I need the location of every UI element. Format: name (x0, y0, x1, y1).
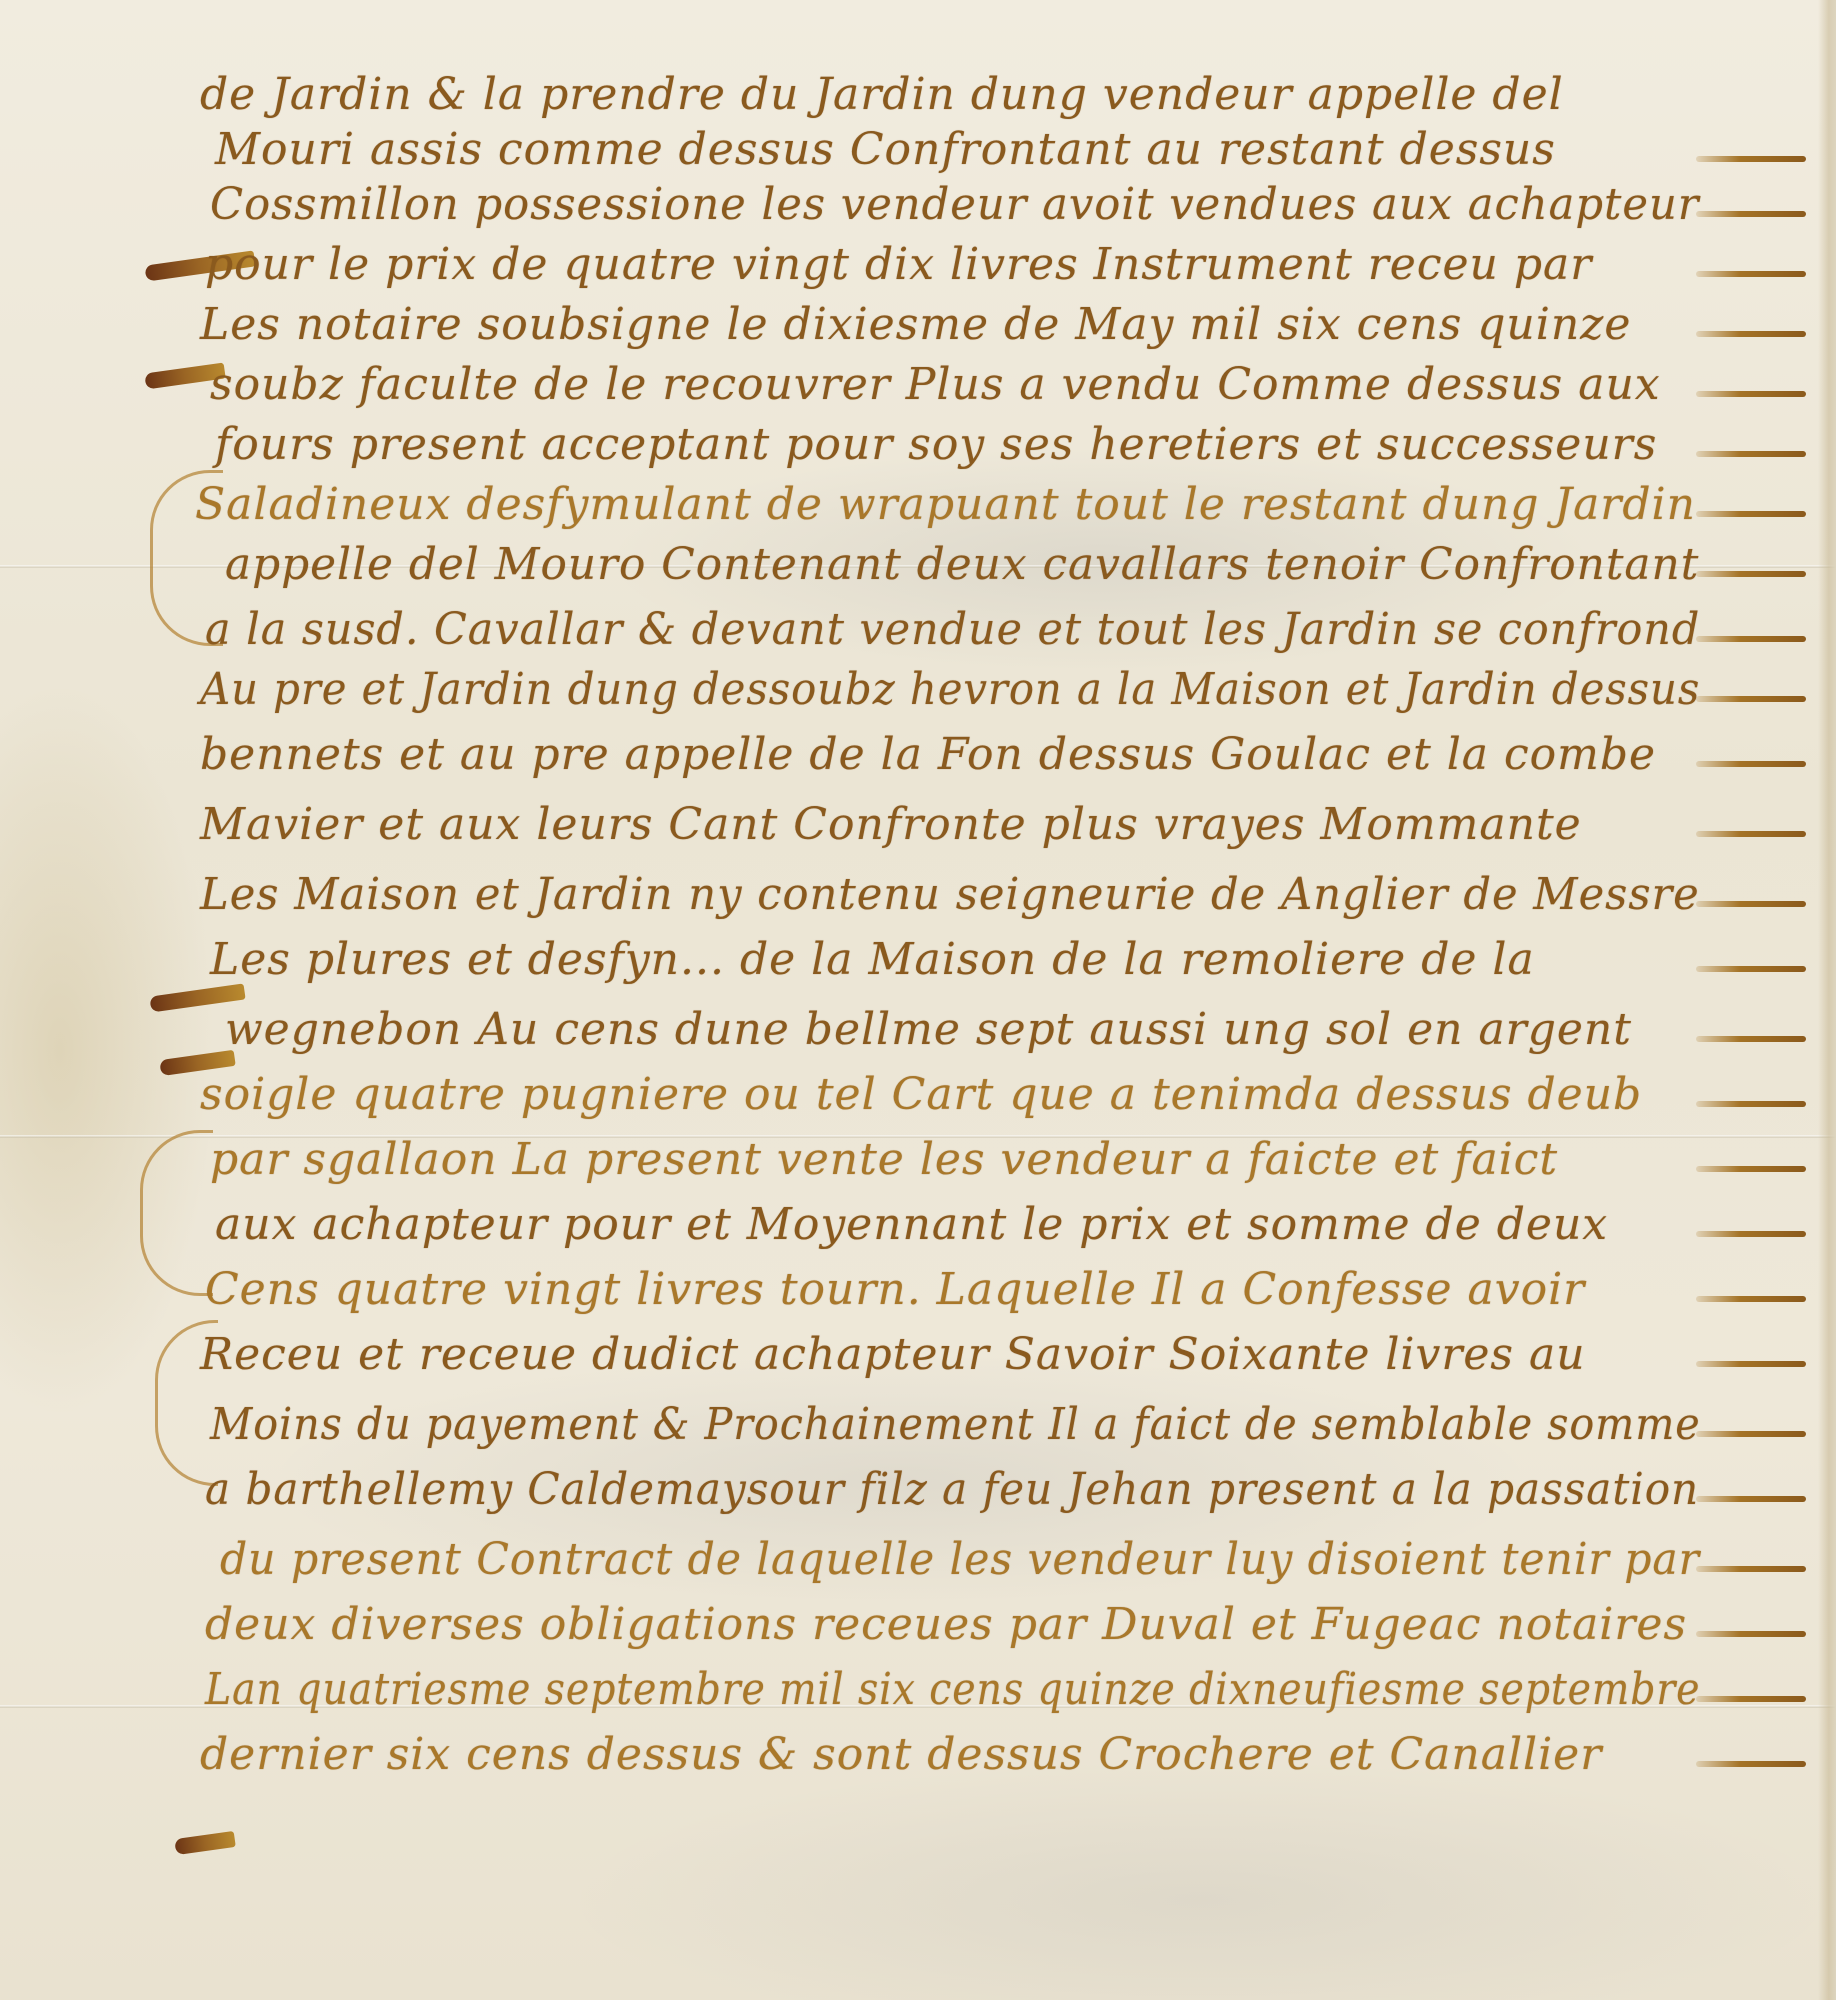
line-filler-stroke (1696, 1296, 1806, 1302)
line-filler-stroke (1696, 966, 1806, 972)
manuscript-line: Receu et receue dudict achapteur Savoir … (0, 1325, 1836, 1385)
manuscript-line: a la susd. Cavallar & devant vendue et t… (0, 600, 1836, 660)
manuscript-line: Au pre et Jardin dung dessoubz hevron a … (0, 660, 1836, 720)
line-text: Cens quatre vingt livres tourn. Laquelle… (205, 1260, 1585, 1320)
line-filler-stroke (1696, 1496, 1806, 1502)
line-text: Cossmillon possessione les vendeur avoit… (210, 175, 1699, 235)
line-filler-stroke (1696, 511, 1806, 517)
line-filler-stroke (1696, 1101, 1806, 1107)
line-text: Saladineux desfymulant de wrapuant tout … (195, 475, 1696, 535)
line-filler-stroke (1696, 1166, 1806, 1172)
line-filler-stroke (1696, 1696, 1806, 1702)
line-filler-stroke (1696, 1036, 1806, 1042)
manuscript-line: Mouri assis comme dessus Confrontant au … (0, 120, 1836, 180)
manuscript-line: a barthellemy Caldemaysour filz a feu Je… (0, 1460, 1836, 1520)
manuscript-line: Cens quatre vingt livres tourn. Laquelle… (0, 1260, 1836, 1320)
line-text: de Jardin & la prendre du Jardin dung ve… (200, 65, 1564, 125)
line-filler-stroke (1696, 1631, 1806, 1637)
line-filler-stroke (1696, 1231, 1806, 1237)
line-text: Receu et receue dudict achapteur Savoir … (200, 1325, 1586, 1385)
line-filler-stroke (1696, 761, 1806, 767)
line-text: Mouri assis comme dessus Confrontant au … (215, 120, 1556, 180)
line-filler-stroke (1696, 271, 1806, 277)
manuscript-line: Cossmillon possessione les vendeur avoit… (0, 175, 1836, 235)
manuscript-line: Moins du payement & Prochainement Il a f… (0, 1395, 1836, 1455)
line-filler-stroke (1696, 1566, 1806, 1572)
manuscript-line: Les plures et desfyn... de la Maison de … (0, 930, 1836, 990)
manuscript-line: Lan quatriesme septembre mil six cens qu… (0, 1660, 1836, 1720)
manuscript-line: dernier six cens dessus & sont dessus Cr… (0, 1725, 1836, 1785)
manuscript-line: de Jardin & la prendre du Jardin dung ve… (0, 65, 1836, 125)
line-filler-stroke (1696, 571, 1806, 577)
line-filler-stroke (1696, 1761, 1806, 1767)
manuscript-line: wegnebon Au cens dune bellme sept aussi … (0, 1000, 1836, 1060)
manuscript-line: deux diverses obligations receues par Du… (0, 1595, 1836, 1655)
line-text: pour le prix de quatre vingt dix livres … (205, 235, 1592, 295)
line-text: soigle quatre pugniere ou tel Cart que a… (200, 1065, 1642, 1125)
manuscript-line: Les Maison et Jardin ny contenu seigneur… (0, 865, 1836, 925)
line-filler-stroke (1696, 901, 1806, 907)
line-filler-stroke (1696, 1361, 1806, 1367)
line-text: Au pre et Jardin dung dessoubz hevron a … (200, 660, 1700, 720)
manuscript-line: du present Contract de laquelle les vend… (0, 1530, 1836, 1590)
line-text: deux diverses obligations receues par Du… (205, 1595, 1687, 1655)
line-text: a barthellemy Caldemaysour filz a feu Je… (205, 1460, 1699, 1520)
manuscript-line: aux achapteur pour et Moyennant le prix … (0, 1195, 1836, 1255)
manuscript-line: par sgallaon La present vente les vendeu… (0, 1130, 1836, 1190)
line-filler-stroke (1696, 331, 1806, 337)
line-text: bennets et au pre appelle de la Fon dess… (200, 725, 1656, 785)
line-text: fours present acceptant pour soy ses her… (215, 415, 1657, 475)
line-text: Moins du payement & Prochainement Il a f… (210, 1395, 1701, 1455)
manuscript-line: soubz faculte de le recouvrer Plus a ven… (0, 355, 1836, 415)
line-text: Les notaire soubsigne le dixiesme de May… (200, 295, 1631, 355)
line-filler-stroke (1696, 211, 1806, 217)
manuscript-page: de Jardin & la prendre du Jardin dung ve… (0, 0, 1836, 2000)
line-text: Les plures et desfyn... de la Maison de … (210, 930, 1535, 990)
line-filler-stroke (1696, 451, 1806, 457)
line-filler-stroke (1696, 831, 1806, 837)
line-filler-stroke (1696, 156, 1806, 162)
manuscript-line: bennets et au pre appelle de la Fon dess… (0, 725, 1836, 785)
line-text: Mavier et aux leurs Cant Confronte plus … (200, 795, 1582, 855)
line-text: Les Maison et Jardin ny contenu seigneur… (200, 865, 1700, 925)
line-text: dernier six cens dessus & sont dessus Cr… (200, 1725, 1602, 1785)
line-text: wegnebon Au cens dune bellme sept aussi … (225, 1000, 1632, 1060)
line-filler-stroke (1696, 636, 1806, 642)
manuscript-line: fours present acceptant pour soy ses her… (0, 415, 1836, 475)
margin-stroke (174, 1831, 236, 1855)
manuscript-line: soigle quatre pugniere ou tel Cart que a… (0, 1065, 1836, 1125)
line-text: soubz faculte de le recouvrer Plus a ven… (210, 355, 1661, 415)
manuscript-line: appelle del Mouro Contenant deux cavalla… (0, 535, 1836, 595)
line-filler-stroke (1696, 391, 1806, 397)
line-filler-stroke (1696, 1431, 1806, 1437)
line-filler-stroke (1696, 696, 1806, 702)
line-text: aux achapteur pour et Moyennant le prix … (215, 1195, 1608, 1255)
manuscript-line: Les notaire soubsigne le dixiesme de May… (0, 295, 1836, 355)
manuscript-line: Saladineux desfymulant de wrapuant tout … (0, 475, 1836, 535)
line-text: Lan quatriesme septembre mil six cens qu… (205, 1660, 1700, 1720)
line-text: par sgallaon La present vente les vendeu… (210, 1130, 1558, 1190)
line-text: appelle del Mouro Contenant deux cavalla… (225, 535, 1699, 595)
line-text: du present Contract de laquelle les vend… (220, 1530, 1700, 1590)
line-text: a la susd. Cavallar & devant vendue et t… (205, 600, 1700, 660)
manuscript-line: Mavier et aux leurs Cant Confronte plus … (0, 795, 1836, 855)
manuscript-line: pour le prix de quatre vingt dix livres … (0, 235, 1836, 295)
